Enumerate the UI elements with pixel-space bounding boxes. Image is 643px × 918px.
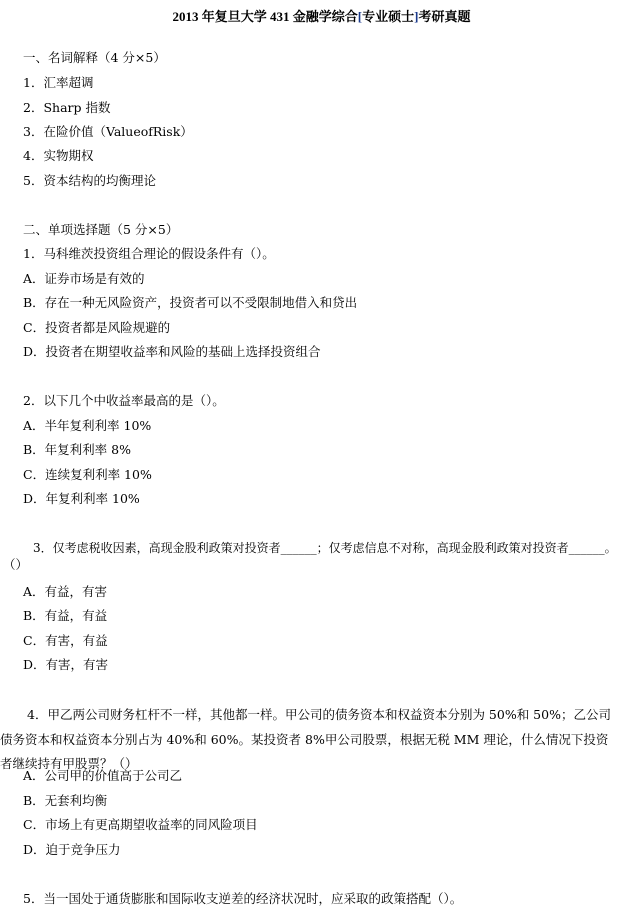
question-option: B．有益，有益 [23, 608, 107, 624]
term-item: 2．Sharp 指数 [23, 100, 110, 116]
question-option: A．证券市场是有效的 [23, 271, 145, 287]
question-stem: 2．以下几个中收益率最高的是（）。 [23, 393, 225, 409]
document-title: 2013 年复旦大学 431 金融学综合[专业硕士]考研真题 [0, 6, 643, 25]
question-option: A．半年复利利率 10% [23, 418, 151, 434]
question-stem-continuation: （） [3, 557, 28, 573]
title-text-mid: 专业硕士 [362, 9, 414, 24]
question-option: C．投资者都是风险规避的 [23, 320, 170, 336]
question-option: C．有害，有益 [23, 633, 108, 649]
question-stem: 3．仅考虑税收因素，高现金股利政策对投资者______；仅考虑信息不对称，高现金… [33, 540, 617, 556]
question-option: D．投资者在期望收益率和风险的基础上选择投资组合 [23, 344, 321, 360]
term-item: 5．资本结构的均衡理论 [23, 173, 156, 189]
term-item: 1．汇率超调 [23, 75, 93, 91]
question-stem: 1．马科维茨投资组合理论的假设条件有（）。 [23, 246, 275, 262]
question-option: D．年复利利率 10% [23, 491, 140, 507]
question-option: B．存在一种无风险资产，投资者可以不受限制地借入和贷出 [23, 295, 357, 311]
question-option: C．市场上有更高期望收益率的同风险项目 [23, 817, 258, 833]
question-option: D．有害，有害 [23, 657, 108, 673]
section-heading-multiple-choice: 二、单项选择题（5 分×5） [23, 222, 178, 238]
section-heading-definitions: 一、名词解释（4 分×5） [23, 50, 166, 66]
term-item: 4．实物期权 [23, 148, 93, 164]
question-option: B．年复利利率 8% [23, 442, 131, 458]
term-item: 3．在险价值（ValueofRisk） [23, 124, 193, 140]
title-text-pre: 2013 年复旦大学 431 金融学综合 [173, 9, 358, 24]
title-text-post: 考研真题 [418, 9, 470, 24]
question-option: A．公司甲的价值高于公司乙 [23, 768, 182, 784]
question-option: C．连续复利利率 10% [23, 467, 152, 483]
question-option: A．有益，有害 [23, 584, 107, 600]
question-stem: 4．甲乙两公司财务杠杆不一样，其他都一样。甲公司的债务资本和权益资本分别为 50… [0, 703, 618, 777]
question-option: D．迫于竞争压力 [23, 842, 121, 858]
question-option: B．无套利均衡 [23, 793, 107, 809]
question-stem: 5．当一国处于通货膨胀和国际收支逆差的经济状况时，应采取的政策搭配（）。 [23, 891, 462, 907]
